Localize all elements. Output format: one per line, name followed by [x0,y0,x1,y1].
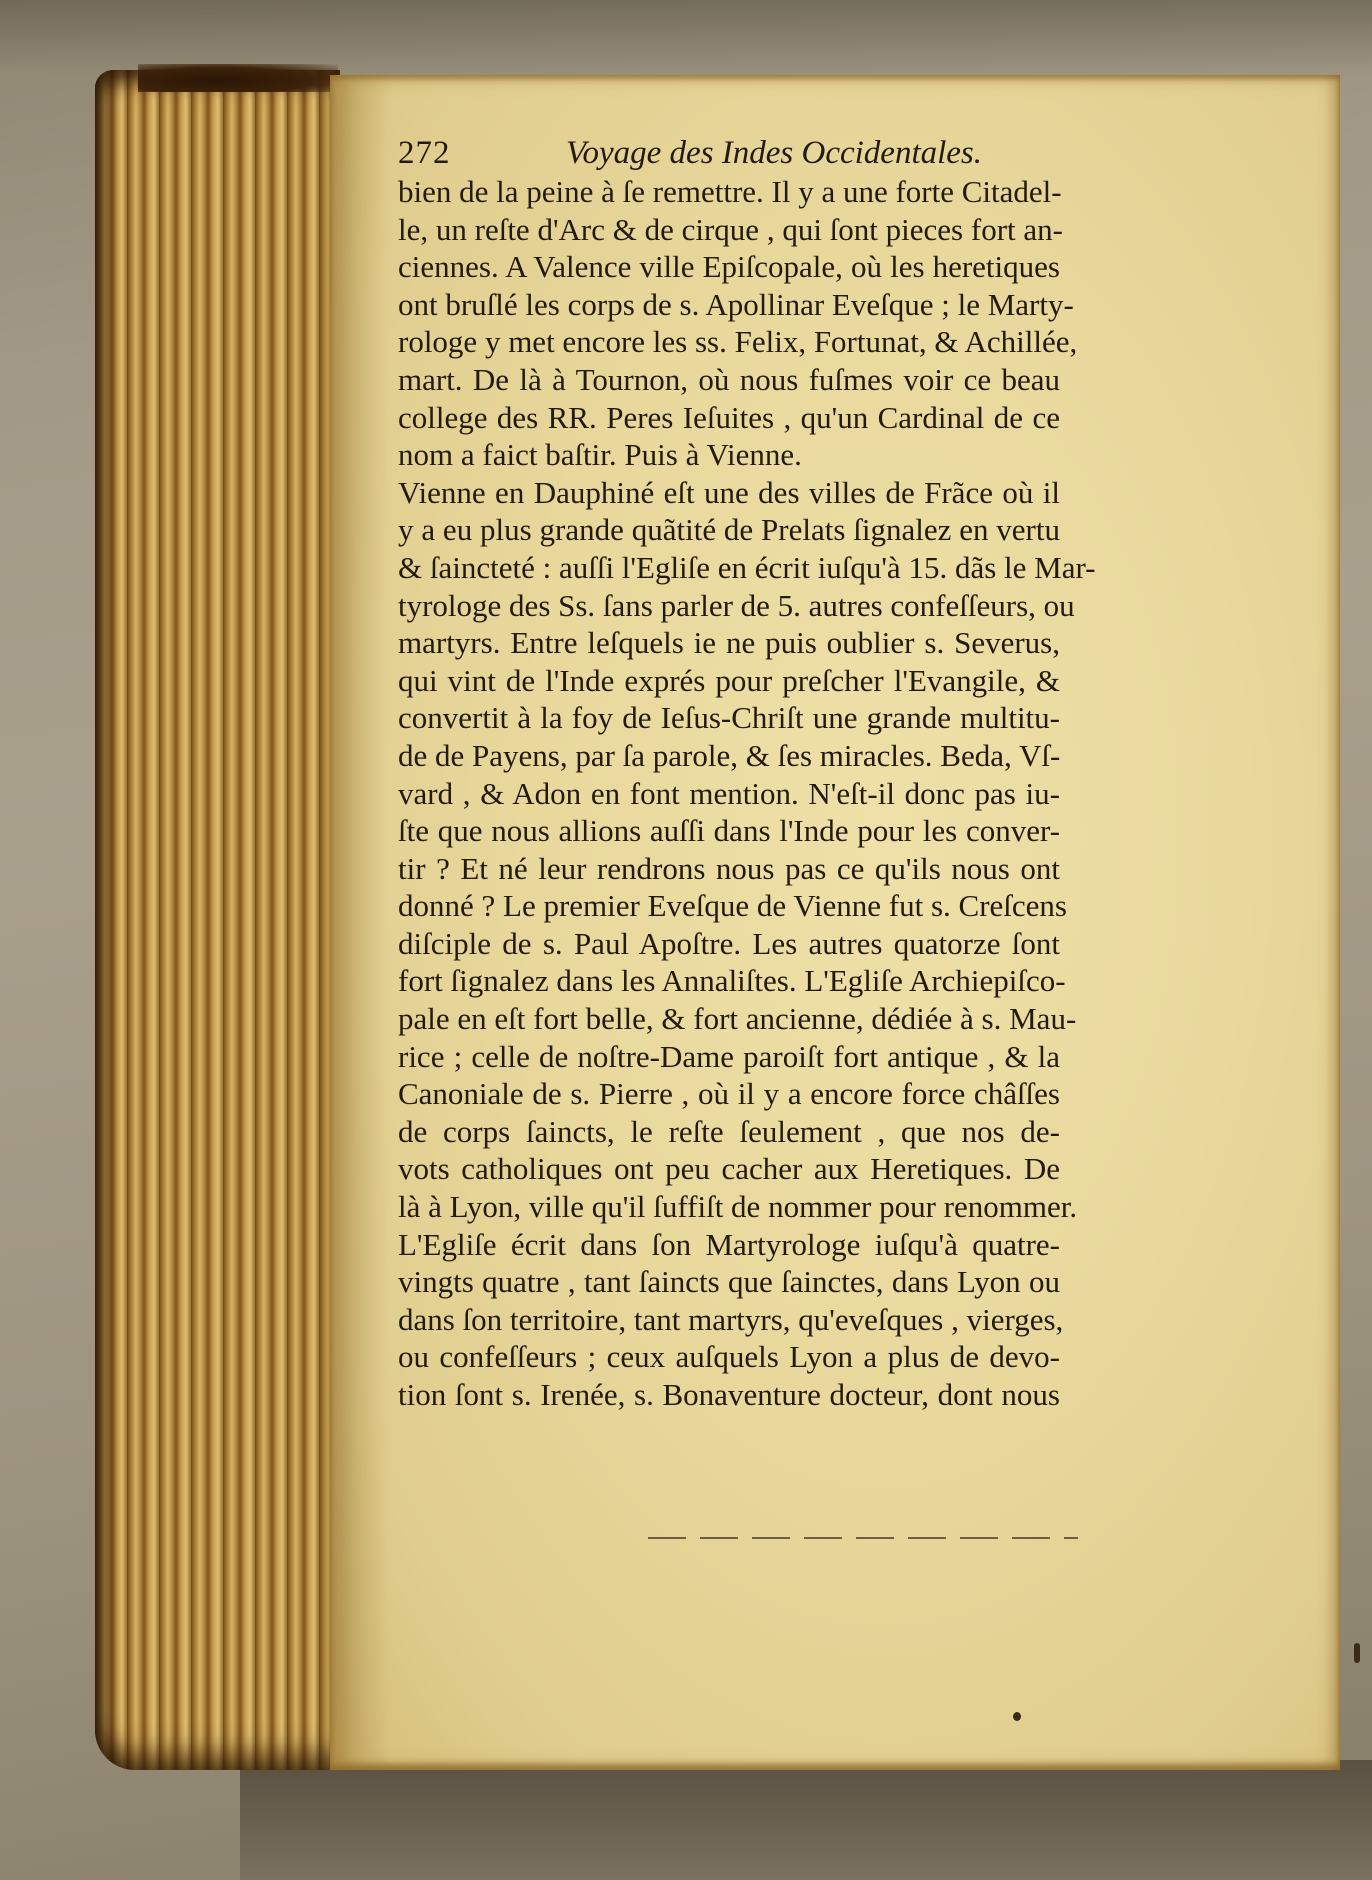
text-line: tyrologe des Ss. ſans parler de 5. autre… [398,587,1060,625]
text-line: pale en eſt fort belle, & fort ancienne,… [398,1000,1060,1038]
text-line: vots catholiques ont peu cacher aux Here… [398,1150,1060,1188]
text-line: college des RR. Peres Ieſuites , qu'un C… [398,399,1060,437]
page-gutter-shadow [330,75,390,1770]
text-line: diſciple de s. Paul Apoſtre. Les autres … [398,925,1060,963]
text-line: ſte que nous allions auſſi dans l'Inde p… [398,812,1060,850]
text-line: ou confeſſeurs ; ceux auſquels Lyon a pl… [398,1338,1060,1376]
bottom-rule-marks [648,1537,1078,1539]
page-text-block: 272 Voyage des Indes Occidentales. bien … [398,133,1060,1414]
text-line: donné ? Le premier Eveſque de Vienne fut… [398,887,1060,925]
text-line: ont bruſlé les corps de s. Apollinar Eve… [398,286,1060,324]
text-line: le, un reſte d'Arc & de cirque , qui ſon… [398,211,1060,249]
text-line: y a eu plus grande quãtité de Prelats ſi… [398,511,1060,549]
text-line: de de Payens, par ſa parole, & ſes mirac… [398,737,1060,775]
text-line: & ſainctеté : auſſi l'Egliſe en écrit iu… [398,549,1060,587]
text-line: L'Egliſe écrit dans ſon Martyrologe iuſq… [398,1226,1060,1264]
text-line: qui vint de l'Inde exprés pour preſcher … [398,662,1060,700]
book-edge-wear [138,64,338,92]
text-line: rice ; celle de noſtre-Dame paroiſt fort… [398,1038,1060,1076]
book-page-edges [95,70,340,1770]
text-line: convertit à la foy de Ieſus-Chriſt une g… [398,699,1060,737]
text-line: ciennes. A Valence ville Epiſcopale, où … [398,248,1060,286]
text-line: bien de la peine à ſe remettre. Il y a u… [398,173,1060,211]
text-line: de corps ſaincts, le reſte ſeulement , q… [398,1113,1060,1151]
text-line: rologe y met encore les ss. Felix, Fortu… [398,323,1060,361]
text-line: vard , & Adon en font mention. N'eſt-il … [398,775,1060,813]
text-line: là à Lyon, ville qu'il ſuffiſt de nommer… [398,1188,1060,1226]
running-title: Voyage des Indes Occidentales. [566,133,982,173]
text-line: mart. De là à Tournon, où nous fuſmes vo… [398,361,1060,399]
page-number: 272 [398,133,451,173]
background-shadow-bottom [240,1760,1372,1880]
text-line: tir ? Et né leur rendrons nous pas ce qu… [398,850,1060,888]
text-line: vingts quatre , tant ſaincts que ſaincte… [398,1263,1060,1301]
paper-speck [1354,1643,1360,1663]
text-line: tion ſont s. Irenée, s. Bonaventure doct… [398,1376,1060,1414]
text-line: Vienne en Dauphiné eſt une des villes de… [398,474,1060,512]
paper-speck [1013,1712,1021,1721]
text-line: martyrs. Entre leſquels ie ne puis oubli… [398,624,1060,662]
running-head: 272 Voyage des Indes Occidentales. [398,133,1060,173]
text-line: Canoniale de s. Pierre , où il y a encor… [398,1075,1060,1113]
text-line: nom a faict baſtir. Puis à Vienne. [398,436,1060,474]
text-line: dans ſon territoire, tant martyrs, qu'ev… [398,1301,1060,1339]
body-text: bien de la peine à ſe remettre. Il y a u… [398,173,1060,1414]
text-line: fort ſignalez dans les Annaliſtes. L'Egl… [398,962,1060,1000]
